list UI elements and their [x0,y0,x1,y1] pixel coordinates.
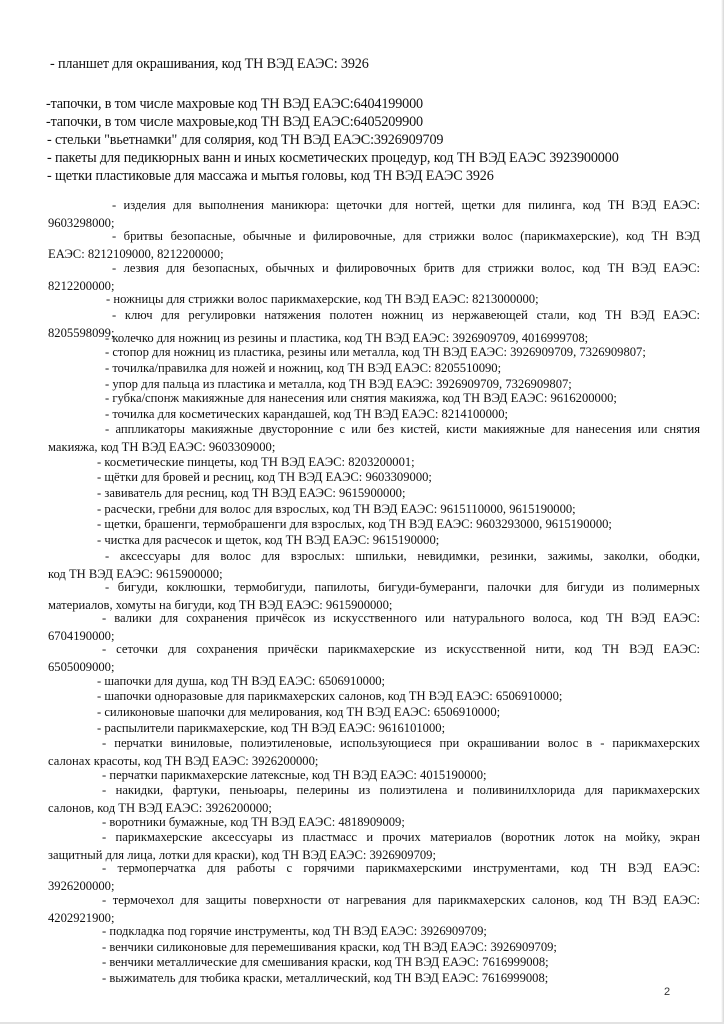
list-item-text: - сеточки для сохранения причёски парикм… [48,641,700,659]
list-item-text: - парикмахерские аксессуары из пластмасс… [48,829,700,847]
list-item: - термоперчатка для работы с горячими па… [48,860,700,895]
list-item: - аппликаторы макияжные двусторонние с и… [48,421,700,456]
list-item-text: - ключ для регулировки натяжения полотен… [48,307,700,325]
top-list-item: - стельки "вьетнамки" для солярия, код Т… [47,131,443,149]
list-item-text: - изделия для выполнения маникюра: щеточ… [48,197,700,215]
top-list-item: -тапочки, в том числе махровые код ТН ВЭ… [46,95,423,113]
list-item: - сеточки для сохранения причёски парикм… [48,641,700,676]
list-item-text: - завиватель для ресниц, код ТН ВЭД ЕАЭС… [48,485,700,503]
list-item-text: - бигуди, коклюшки, термобигуди, папилот… [48,579,700,597]
top-list-item: - планшет для окрашивания, код ТН ВЭД ЕА… [50,55,369,73]
list-item: - валики для сохранения причёсок из иску… [48,610,700,645]
list-item: - бритвы безопасные, обычные и филировоч… [48,228,700,263]
list-item-text: - щётки для бровей и ресниц, код ТН ВЭД … [48,469,700,487]
list-item: - чистка для расчесок и щеток, код ТН ВЭ… [48,532,700,550]
top-list-item: - пакеты для педикюрных ванн и иных косм… [47,149,619,167]
list-item: - подкладка под горячие инструменты, код… [48,923,700,941]
list-item: - щетки, брашенги, термобрашенги для взр… [48,516,700,534]
list-item-text: - аксессуары для волос для взрослых: шпи… [48,548,700,566]
list-item: - завиватель для ресниц, код ТН ВЭД ЕАЭС… [48,485,700,503]
list-item: - изделия для выполнения маникюра: щеточ… [48,197,700,232]
top-list-item: -тапочки, в том числе махровые,код ТН ВЭ… [46,113,423,131]
list-item: - ножницы для стрижки волос парикмахерск… [48,291,700,309]
list-item: - венчики металлические для смешивания к… [48,954,700,972]
list-item-text: - стопор для ножниц из пластика, резины … [48,344,700,362]
list-item-text: - выжиматель для тюбика краски, металлич… [48,970,700,988]
list-item-text: - венчики металлические для смешивания к… [48,954,700,972]
list-item: - перчатки виниловые, полиэтиленовые, ис… [48,735,700,770]
list-item: - выжиматель для тюбика краски, металлич… [48,970,700,988]
list-item-text: - бритвы безопасные, обычные и филировоч… [48,228,700,246]
list-item-text: - силиконовые шапочки для мелирования, к… [48,704,700,722]
list-item-text: - термочехол для защиты поверхности от н… [48,892,700,910]
list-item-text: - лезвия для безопасных, обычных и филир… [48,260,700,278]
list-item: - парикмахерские аксессуары из пластмасс… [48,829,700,864]
list-item: - накидки, фартуки, пеньюары, пелерины и… [48,782,700,817]
list-item: - термочехол для защиты поверхности от н… [48,892,700,927]
list-item-text: - губка/спонж макияжные для нанесения ил… [48,390,700,408]
top-list-item: - щетки пластиковые для массажа и мытья … [47,167,494,185]
list-item-text: - термоперчатка для работы с горячими па… [48,860,700,878]
list-item: - губка/спонж макияжные для нанесения ил… [48,390,700,408]
list-item-text: - подкладка под горячие инструменты, код… [48,923,700,941]
list-item-text: - чистка для расчесок и щеток, код ТН ВЭ… [48,532,700,550]
list-item-text: - точилка/правилка для ножей и ножниц, к… [48,360,700,378]
list-item: - точилка/правилка для ножей и ножниц, к… [48,360,700,378]
list-item-text: - щетки, брашенги, термобрашенги для взр… [48,516,700,534]
list-item: - аксессуары для волос для взрослых: шпи… [48,548,700,583]
list-item: - щётки для бровей и ресниц, код ТН ВЭД … [48,469,700,487]
list-item-text: - валики для сохранения причёсок из иску… [48,610,700,628]
list-item-text: - аппликаторы макияжные двусторонние с и… [48,421,700,439]
page-number: 2 [664,986,670,998]
list-item-text: - шапочки одноразовые для парикмахерских… [48,688,700,706]
list-item: - стопор для ножниц из пластика, резины … [48,344,700,362]
list-item: - шапочки одноразовые для парикмахерских… [48,688,700,706]
list-item-text: - накидки, фартуки, пеньюары, пелерины и… [48,782,700,800]
list-item: - бигуди, коклюшки, термобигуди, папилот… [48,579,700,614]
document-page: - планшет для окрашивания, код ТН ВЭД ЕА… [0,0,724,1024]
list-item: - лезвия для безопасных, обычных и филир… [48,260,700,295]
list-item-text: - ножницы для стрижки волос парикмахерск… [48,291,700,309]
list-item-text: - перчатки виниловые, полиэтиленовые, ис… [48,735,700,753]
list-item: - силиконовые шапочки для мелирования, к… [48,704,700,722]
